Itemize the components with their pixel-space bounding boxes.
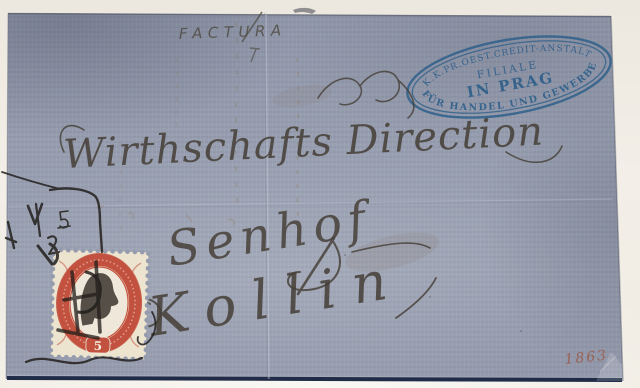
speck <box>520 330 522 332</box>
factura-note: FACTURA <box>179 21 287 43</box>
cover-artwork: K.K.PR.OEST.CREDIT-ANSTALT FÜR HANDEL UN… <box>0 0 640 388</box>
ink-paraph <box>318 71 414 118</box>
year-notation: 1863 <box>564 348 609 368</box>
pencil-check <box>250 48 260 62</box>
paraph-loop-2 <box>360 71 399 101</box>
top-edge-nick <box>293 8 316 14</box>
cancel-frame-top <box>50 188 102 252</box>
denomination-value: 5 <box>94 339 103 353</box>
bleed-column <box>236 22 238 208</box>
right-edge-shadow <box>611 16 623 381</box>
left-edge-shadow <box>6 13 8 379</box>
photo-of-postal-cover: K.K.PR.OEST.CREDIT-ANSTALT FÜR HANDEL UN… <box>0 0 640 388</box>
ink-smudge <box>271 81 334 111</box>
cancel-digit-5 <box>58 211 70 228</box>
top-edge-shadow <box>8 14 611 17</box>
bottom-dark-edge <box>7 378 622 380</box>
speck <box>429 296 431 298</box>
cancel-edge-marks <box>6 222 16 248</box>
cancel-scribble <box>2 172 60 189</box>
address-line1: Wirthschafts Direction <box>62 109 544 178</box>
speck <box>344 254 346 256</box>
bleed-column <box>176 58 177 132</box>
pencil-notations: FACTURA 1863 <box>179 12 609 368</box>
paraph-tail <box>398 80 414 118</box>
